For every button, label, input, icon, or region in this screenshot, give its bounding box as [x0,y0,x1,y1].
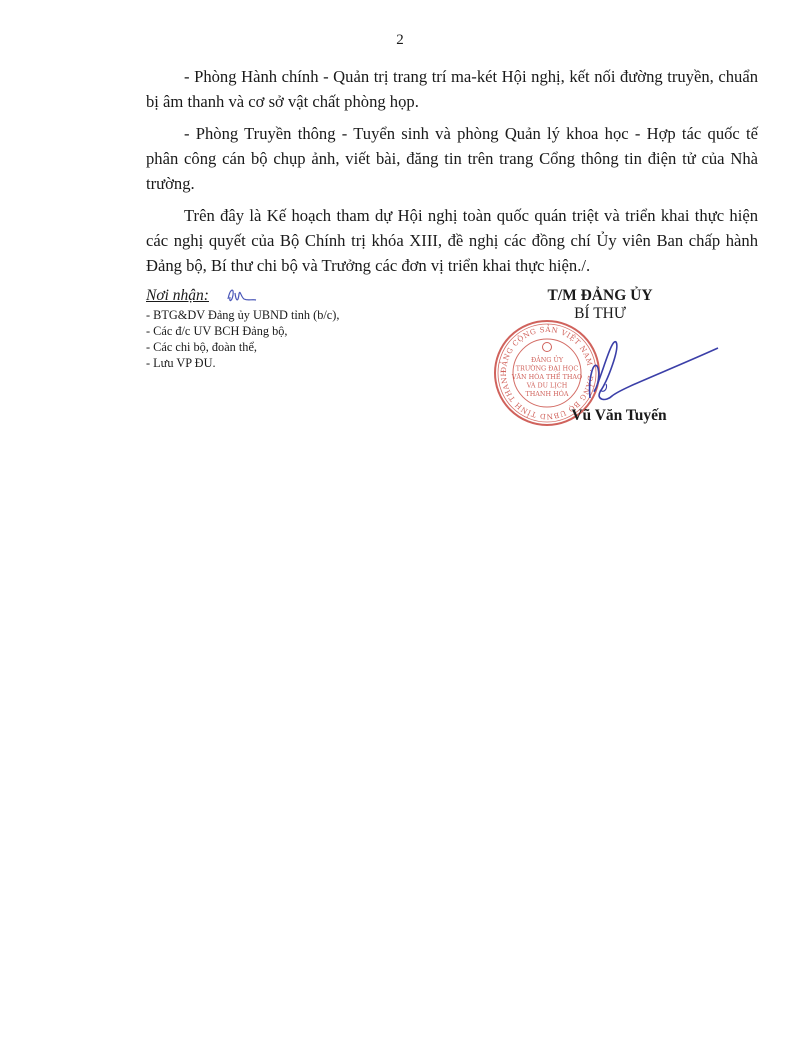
handwritten-signature-icon [560,328,720,408]
recipients-heading: Nơi nhận: [146,287,209,305]
recipient-item: - BTG&DV Đảng ủy UBND tỉnh (b/c), [146,307,446,323]
recipients-heading-text: Nơi nhận: [146,287,209,304]
recipient-item: - Các đ/c UV BCH Đảng bộ, [146,323,446,339]
paragraph-communications-office: - Phòng Truyền thông - Tuyển sinh và phò… [146,121,758,196]
paragraph-conclusion: Trên đây là Kế hoạch tham dự Hội nghị to… [146,203,758,278]
recipients-block: Nơi nhận: - BTG&DV Đảng ủy UBND tỉnh (b/… [146,287,446,371]
document-body: - Phòng Hành chính - Quản trị trang trí … [146,64,758,285]
page-number: 2 [0,32,800,49]
signatory-organization: T/M ĐẢNG ỦY [500,286,700,305]
paragraph-admin-office: - Phòng Hành chính - Quản trị trang trí … [146,64,758,114]
svg-text:ĐẢNG ỦY: ĐẢNG ỦY [531,354,564,364]
signatory-name: Vũ Văn Tuyến [534,407,704,425]
recipient-item: - Các chi bộ, đoàn thể, [146,339,446,355]
initials-signature-icon [224,285,258,307]
recipients-list: - BTG&DV Đảng ủy UBND tỉnh (b/c), - Các … [146,307,446,371]
recipient-item: - Lưu VP ĐU. [146,355,446,371]
signature-block: T/M ĐẢNG ỦY BÍ THƯ ĐẢNG CỘNG SẢN VIỆT NA… [500,286,700,323]
